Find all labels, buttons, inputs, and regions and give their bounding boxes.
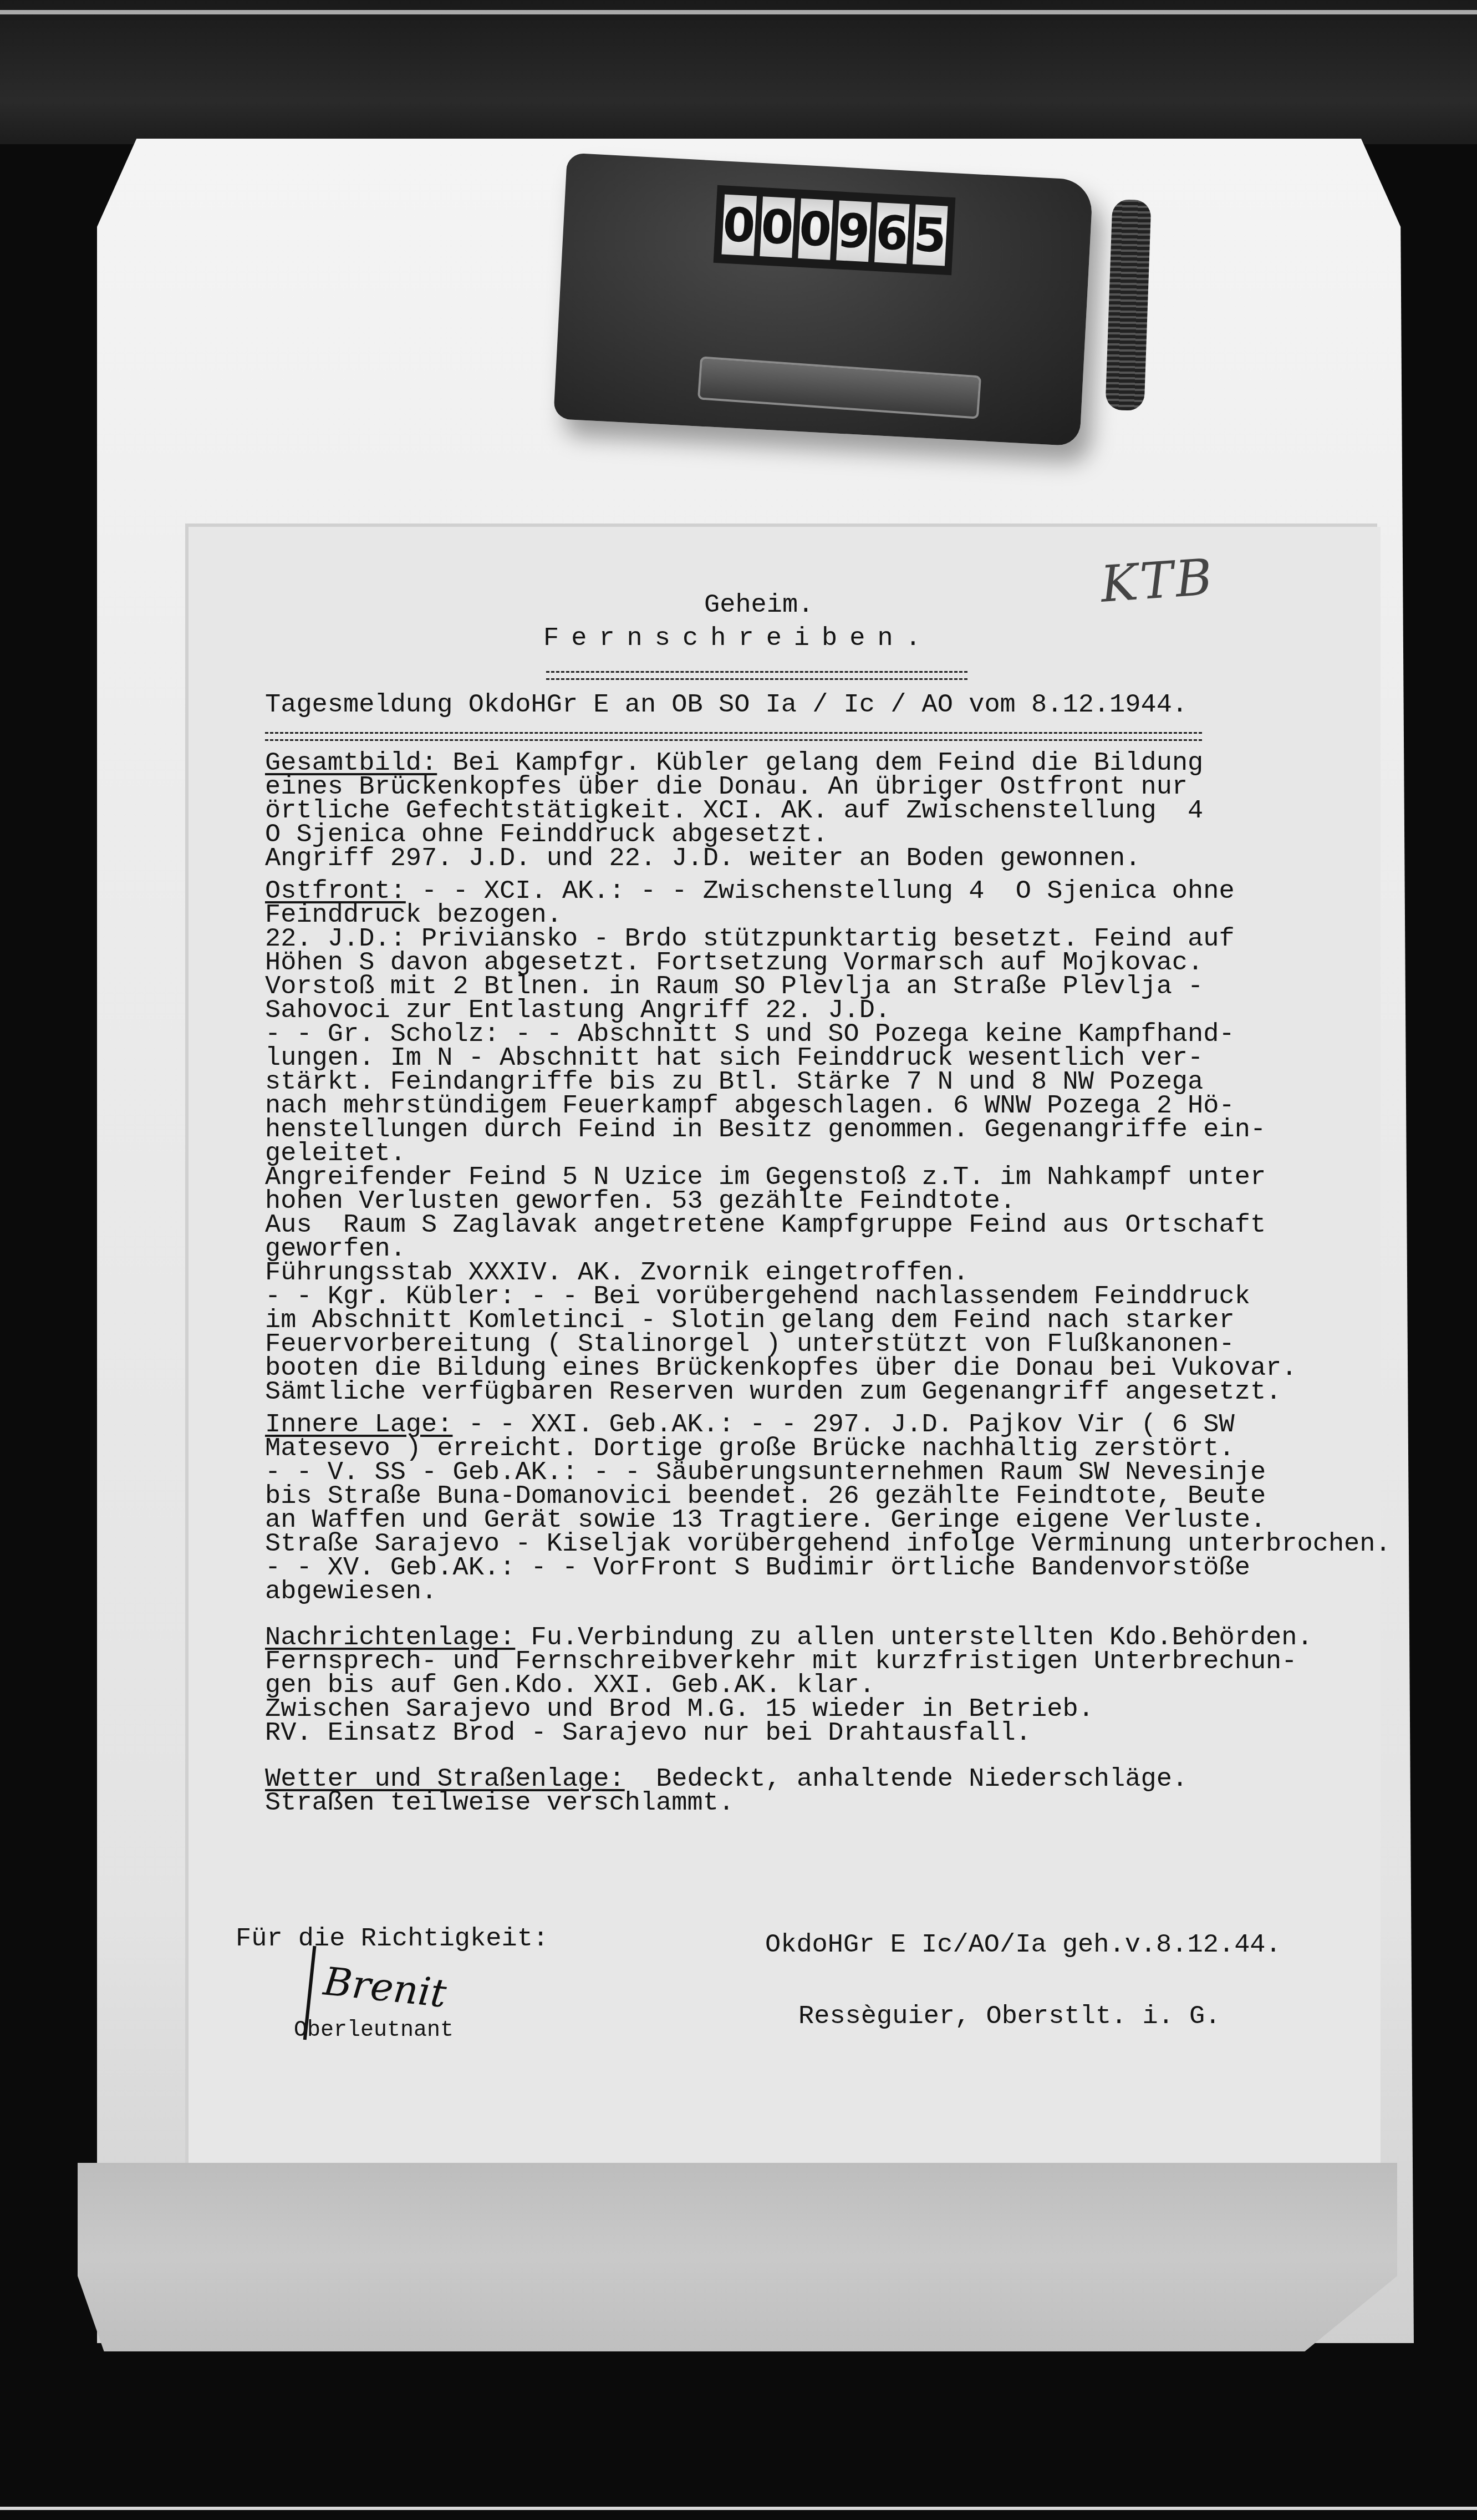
report-line: Fernsprech- und Fernschreibverkehr mit k… (265, 1650, 1391, 1674)
report-line: Gesamtbild: Bei Kampfgr. Kübler gelang d… (265, 751, 1391, 775)
microfilm-frame-top (0, 0, 1477, 144)
report-line: - - XV. Geb.AK.: - - VorFront S Budimir … (265, 1556, 1391, 1580)
certifier-rank: Oberleutnant (294, 2019, 454, 2043)
report-line: Angriff 297. J.D. und 22. J.D. weiter an… (265, 847, 1391, 871)
report-line: bis Straße Buna-Domanovici beendet. 26 g… (265, 1485, 1391, 1508)
report-line: stärkt. Feindangriffe bis zu Btl. Stärke… (265, 1070, 1391, 1094)
report-line: Höhen S davon abgesetzt. Fortsetzung Vor… (265, 951, 1391, 975)
report-line: O Sjenica ohne Feinddruck abgesetzt. (265, 823, 1391, 847)
report-line: Vorstoß mit 2 Btlnen. in Raum SO Plevlja… (265, 975, 1391, 999)
counter-digit: 9 (836, 200, 872, 262)
counter-knob (1105, 199, 1151, 411)
line-text: henstellungen durch Feind in Besitz geno… (265, 1115, 1266, 1145)
report-line: RV. Einsatz Brod - Sarajevo nur bei Drah… (265, 1721, 1391, 1745)
signoff-signer: Ressèguier, Oberstlt. i. G. (765, 2005, 1281, 2029)
report-line: Sahovoci zur Entlastung Angriff 22. J.D. (265, 999, 1391, 1023)
report-line: Straßen teilweise verschlammt. (265, 1791, 1391, 1815)
line-text: abgewiesen. (265, 1577, 437, 1607)
counter-digit: 0 (760, 196, 795, 258)
report-line: Matesevo ) erreicht. Dortige große Brück… (265, 1437, 1391, 1461)
report-section: Wetter und Straßenlage: Bedeckt, anhalte… (265, 1767, 1391, 1815)
line-text: Aus Raum S Zaglavak angetretene Kampfgru… (265, 1211, 1266, 1240)
report-section: Ostfront: - - XCI. AK.: - - Zwischenstel… (265, 880, 1391, 1404)
report-line: Nachrichtenlage: Fu.Verbindung zu allen … (265, 1626, 1391, 1650)
report-line: - - Kgr. Kübler: - - Bei vorübergehend n… (265, 1285, 1391, 1309)
report-line: örtliche Gefechtstätigkeit. XCI. AK. auf… (265, 799, 1391, 823)
signature-text: Brenit (322, 1958, 449, 2016)
microfilm-frame-bottom (0, 2507, 1477, 2510)
report-line: an Waffen und Gerät sowie 13 Tragtiere. … (265, 1508, 1391, 1532)
report-section: Innere Lage: - - XXI. Geb.AK.: - - 297. … (265, 1413, 1391, 1604)
counter-digit: 5 (912, 205, 948, 266)
report-line: Feuervorbereitung ( Stalinorgel ) unters… (265, 1333, 1391, 1356)
report-line: Aus Raum S Zaglavak angetretene Kampfgru… (265, 1213, 1391, 1237)
line-text: RV. Einsatz Brod - Sarajevo nur bei Drah… (265, 1719, 1031, 1748)
counter-digit: 6 (874, 202, 910, 264)
title-double-rule (546, 671, 967, 680)
report-line: Wetter und Straßenlage: Bedeckt, anhalte… (265, 1767, 1391, 1791)
line-text: Angriff 297. J.D. und 22. J.D. weiter an… (265, 844, 1140, 873)
report-line: - - V. SS - Geb.AK.: - - Säuberungsunter… (265, 1461, 1391, 1485)
line-text: Straßen teilweise verschlammt. (265, 1789, 734, 1818)
report-line: eines Brückenkopfes über die Donau. An ü… (265, 775, 1391, 799)
report-line: Straße Sarajevo - Kiseljak vorübergehend… (265, 1532, 1391, 1556)
report-line: geworfen. (265, 1237, 1391, 1261)
report-line: Führungsstab XXXIV. AK. Zvornik eingetro… (265, 1261, 1391, 1285)
counter-digit: 0 (798, 199, 833, 260)
report-line: hohen Verlusten geworfen. 53 gezählte Fe… (265, 1190, 1391, 1213)
report-line: lungen. Im N - Abschnitt hat sich Feindd… (265, 1046, 1391, 1070)
signoff-block: OkdoHGr E Ic/AO/Ia geh.v.8.12.44. Ressèg… (765, 1886, 1281, 2052)
subject-double-rule (265, 732, 1202, 741)
report-section: Nachrichtenlage: Fu.Verbindung zu allen … (265, 1626, 1391, 1745)
backing-sheet-bottom (78, 2163, 1397, 2351)
report-line: booten die Bildung eines Brückenkopfes ü… (265, 1356, 1391, 1380)
certification-label: Für die Richtigkeit: (236, 1927, 548, 1951)
report-line: Angreifender Feind 5 N Uzice im Gegensto… (265, 1166, 1391, 1190)
report-body: Gesamtbild: Bei Kampfgr. Kübler gelang d… (265, 751, 1391, 1815)
frame-counter-device: 0 0 0 9 6 5 (532, 133, 1153, 444)
report-line: Zwischen Sarajevo und Brod M.G. 15 wiede… (265, 1698, 1391, 1721)
report-line: Ostfront: - - XCI. AK.: - - Zwischenstel… (265, 880, 1391, 903)
report-line: 22. J.D.: Priviansko - Brdo stützpunktar… (265, 927, 1391, 951)
report-line: im Abschnitt Komletinci - Slotin gelang … (265, 1309, 1391, 1333)
counter-digit: 0 (721, 195, 757, 256)
signoff-reference: OkdoHGr E Ic/AO/Ia geh.v.8.12.44. (765, 1933, 1281, 1957)
report-line: henstellungen durch Feind in Besitz geno… (265, 1118, 1391, 1142)
report-line: Innere Lage: - - XXI. Geb.AK.: - - 297. … (265, 1413, 1391, 1437)
document-type-title: Fernschreiben. (543, 627, 933, 651)
report-line: geleitet. (265, 1142, 1391, 1166)
classification-label: Geheim. (704, 593, 813, 617)
handwritten-annotation: KTB (1099, 548, 1216, 614)
report-line: - - Gr. Scholz: - - Abschnitt S und SO P… (265, 1023, 1391, 1046)
report-line: gen bis auf Gen.Kdo. XXI. Geb.AK. klar. (265, 1674, 1391, 1698)
line-text: Sämtliche verfügbaren Reserven wurden zu… (265, 1378, 1281, 1407)
report-line: Feinddruck bezogen. (265, 903, 1391, 927)
subject-line: Tagesmeldung OkdoHGr E an OB SO Ia / Ic … (265, 693, 1188, 717)
report-line: Sämtliche verfügbaren Reserven wurden zu… (265, 1380, 1391, 1404)
report-section: Gesamtbild: Bei Kampfgr. Kübler gelang d… (265, 751, 1391, 871)
report-line: nach mehrstündigem Feuerkampf abgeschlag… (265, 1094, 1391, 1118)
report-line: abgewiesen. (265, 1580, 1391, 1604)
counter-display: 0 0 0 9 6 5 (714, 185, 956, 275)
